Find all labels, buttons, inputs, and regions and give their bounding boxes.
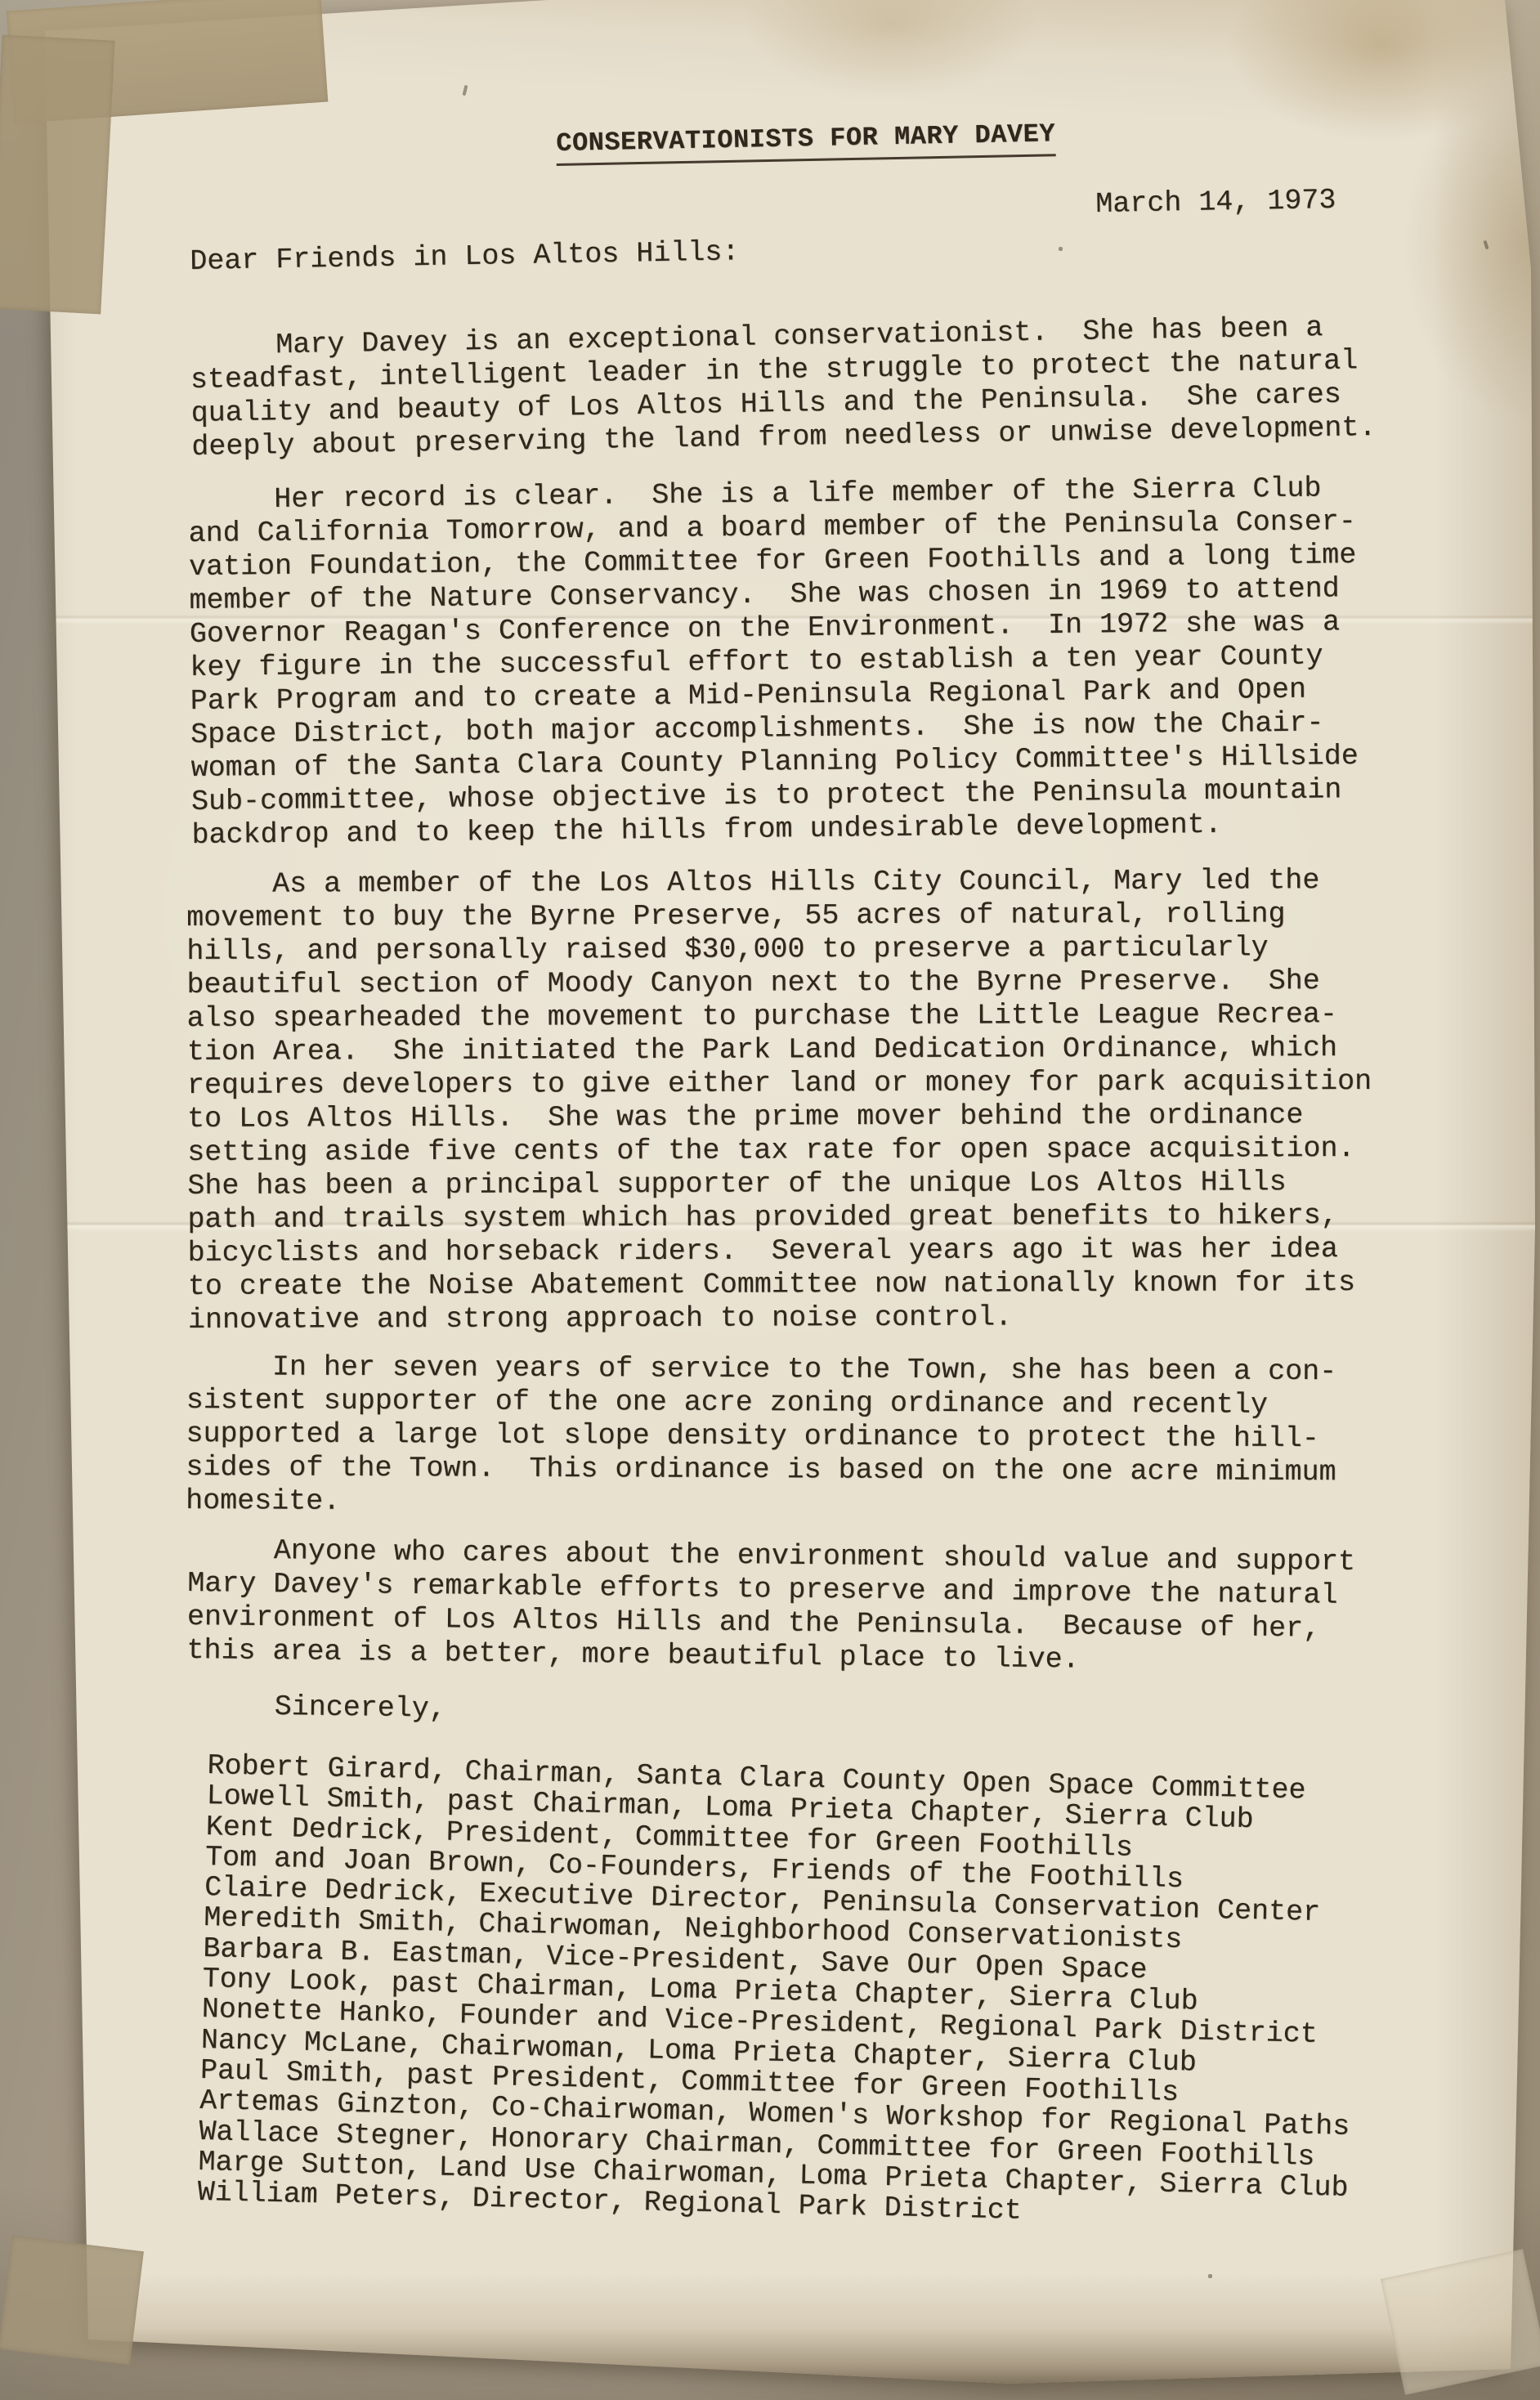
paragraph-3: As a member of the Los Altos Hills City … [186,864,1372,1337]
dust-dot [1208,2274,1212,2278]
signatory-list: Robert Girard, Chairman, Santa Clara Cou… [197,1751,1358,2234]
dust-dot [1059,247,1063,251]
tape-bottom-left [0,2236,144,2366]
dust-dot [369,914,373,917]
scanned-letter-photo: CONSERVATIONISTS FOR MARY DAVEY March 14… [0,0,1540,2400]
closing: Sincerely, [274,1690,446,1726]
paragraph-5: Anyone who cares about the environment s… [186,1534,1355,1680]
paragraph-4: In her seven years of service to the Tow… [186,1350,1336,1523]
paragraph-2: Her record is clear. She is a life membe… [188,472,1359,853]
paragraph-1: Mary Davey is an exceptional conservatio… [190,311,1377,464]
letter-date: March 14, 1973 [1095,184,1336,222]
tape-top-left-vertical [0,35,115,315]
